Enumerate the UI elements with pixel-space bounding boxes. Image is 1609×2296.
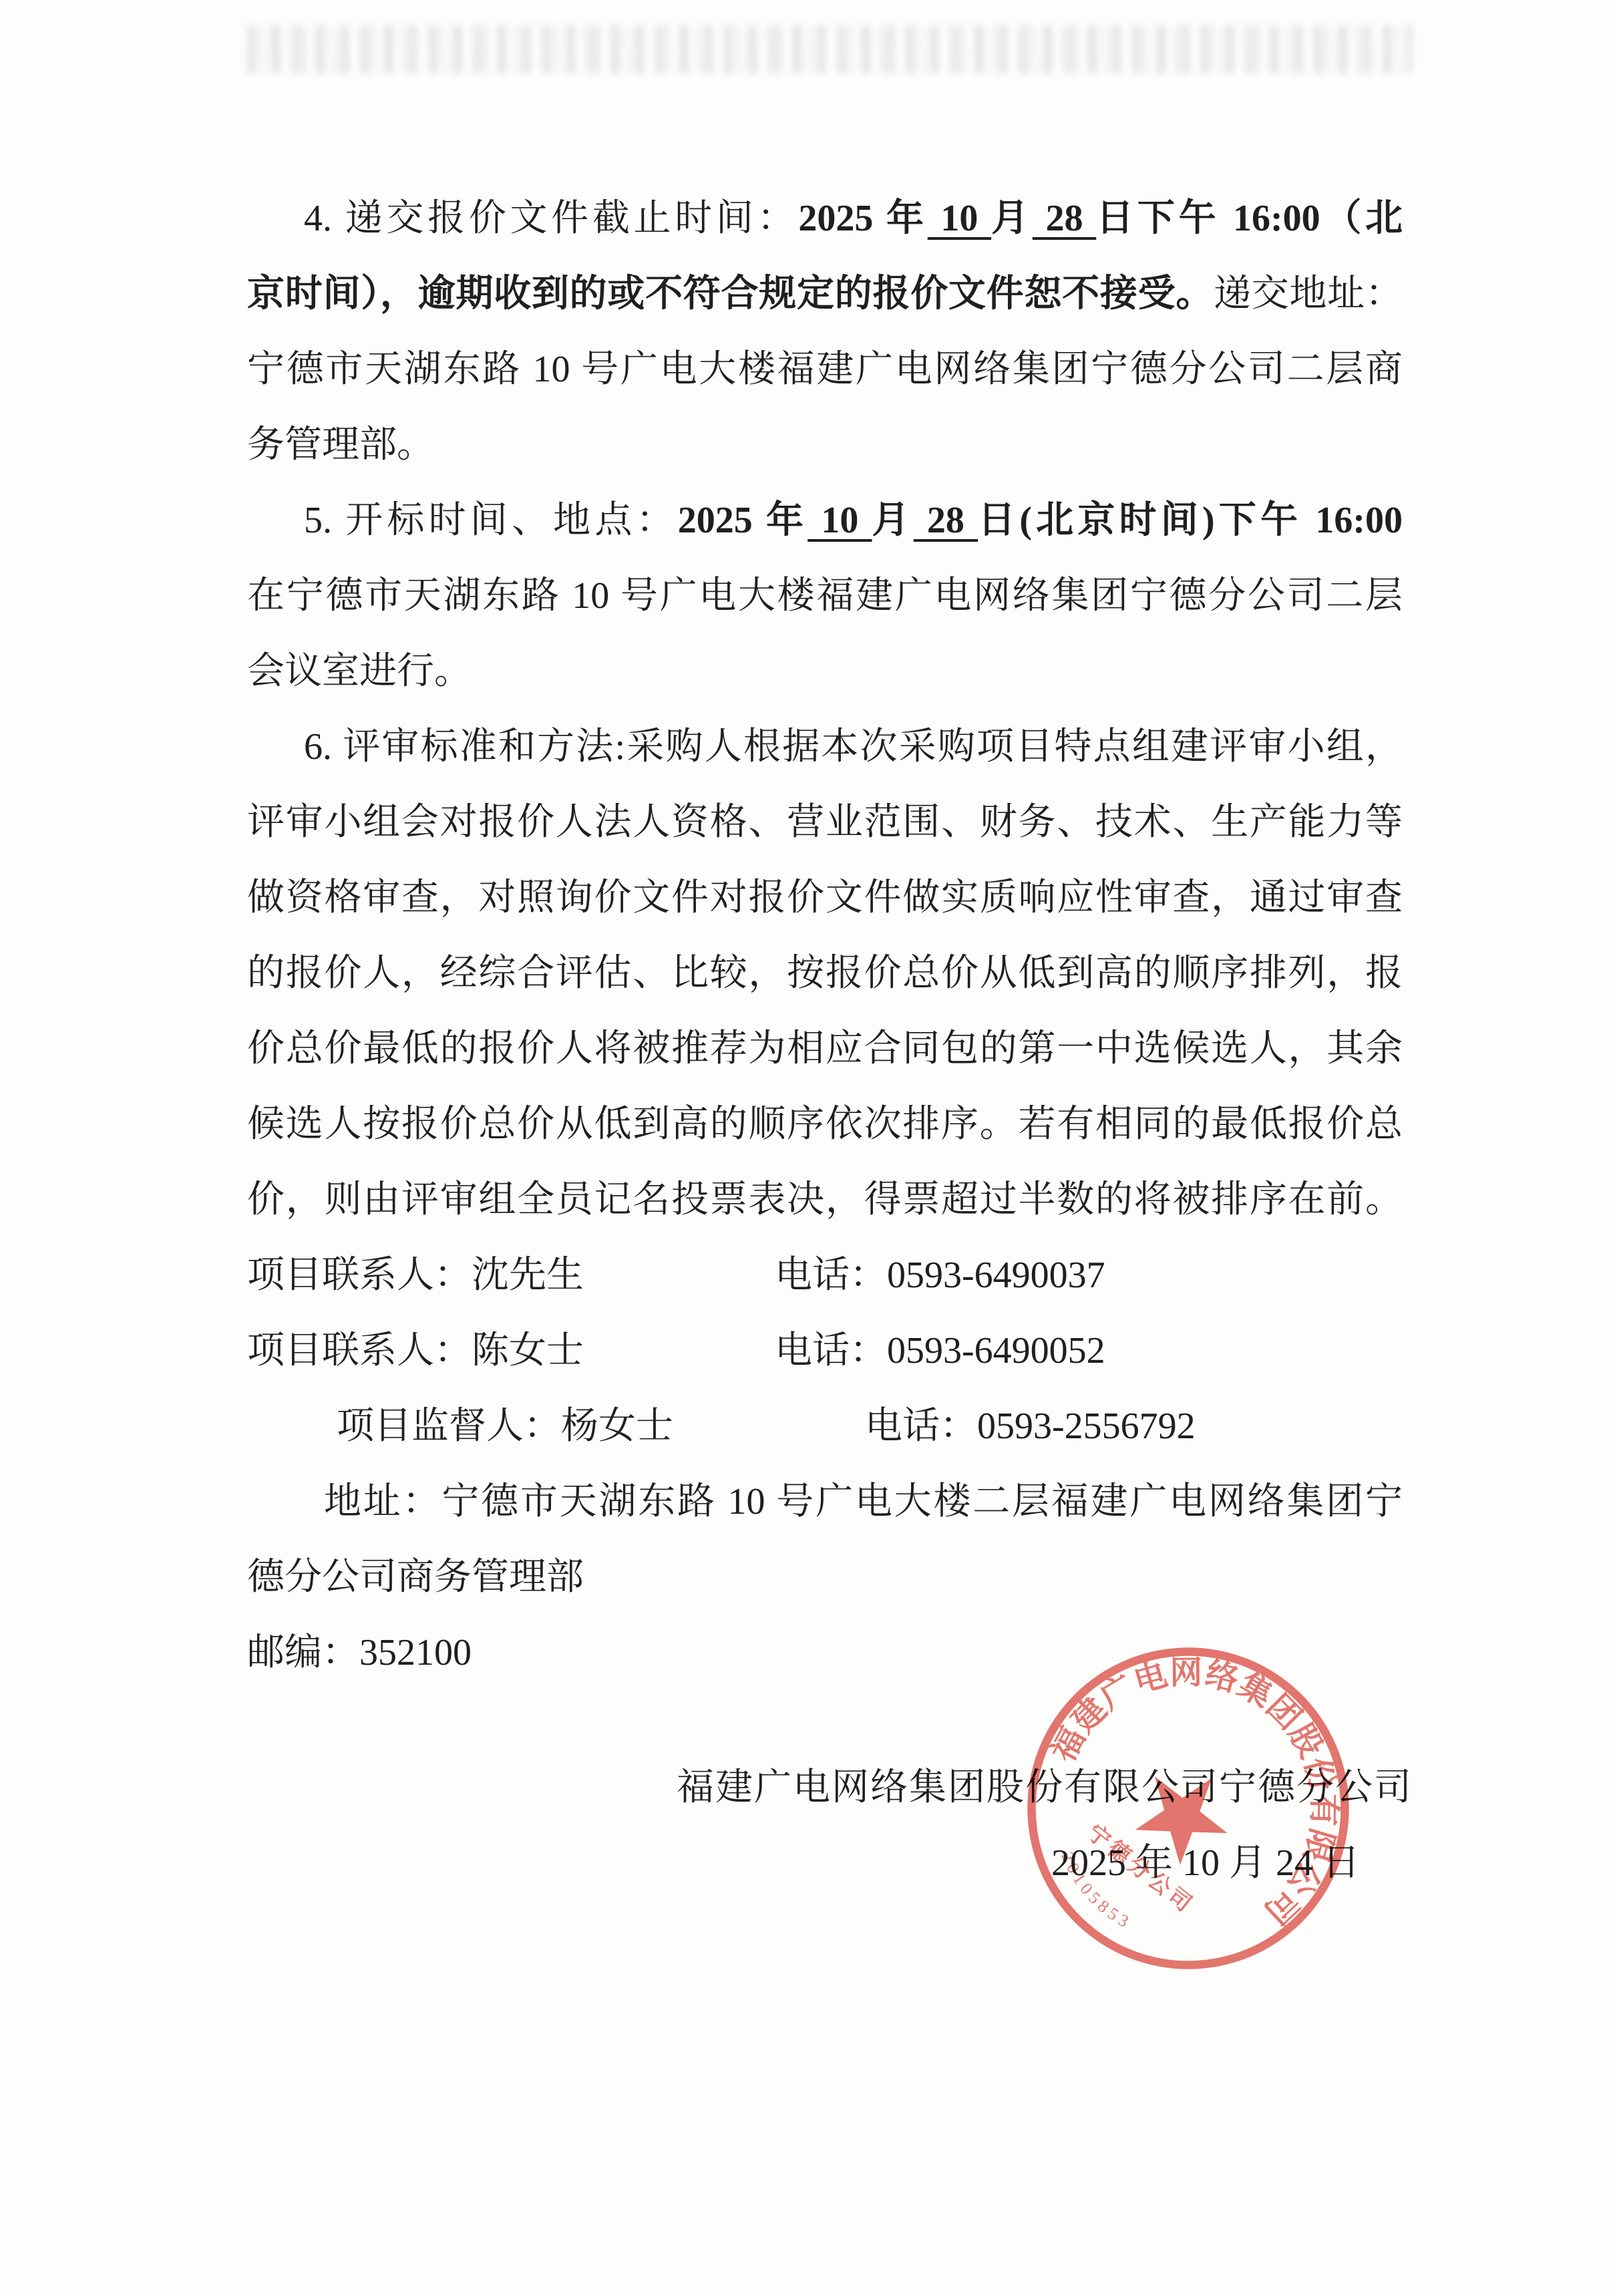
paragraph-6-line-5: 价总价最低的报价人将被推荐为相应合同包的第一中选候选人，其余 — [247, 1011, 1403, 1087]
paragraph-6-line-6: 候选人按报价总价从低到高的顺序依次排序。若有相同的最低报价总 — [247, 1087, 1403, 1162]
paragraph-4-line-3: 宁德市天湖东路 10 号广电大楼福建广电网络集团宁德分公司二层商 — [247, 332, 1403, 407]
scan-bleed-through-smudge — [247, 25, 1413, 73]
opening-day-underlined: 28 — [914, 500, 978, 541]
contact-1-phone: 电话：0593-6490037 — [775, 1238, 1105, 1313]
opening-month-underlined: 10 — [808, 500, 872, 541]
opening-year: 2025 年 — [678, 500, 808, 541]
supervisor-phone: 电话：0593-2556792 — [865, 1389, 1196, 1464]
address-line-1: 地址：宁德市天湖东路 10 号广电大楼二层福建广电网络集团宁 — [247, 1464, 1403, 1540]
p5-prefix: 5. 开标时间、地点： — [304, 500, 678, 541]
contact-row-2: 项目联系人：陈女士电话：0593-6490052 — [247, 1313, 1403, 1389]
paragraph-6-line-2: 评审小组会对报价人法人资格、营业范围、财务、技术、生产能力等 — [247, 785, 1403, 860]
paragraph-4-line-4: 务管理部。 — [247, 407, 1403, 483]
contact-1-label: 项目联系人：沈先生 — [247, 1255, 584, 1296]
paragraph-5-line-2: 在宁德市天湖东路 10 号广电大楼福建广电网络集团宁德分公司二层 — [247, 558, 1403, 634]
contact-2-phone: 电话：0593-6490052 — [775, 1313, 1105, 1389]
contact-row-1: 项目联系人：沈先生电话：0593-6490037 — [247, 1238, 1403, 1313]
official-seal: 福建广电网络集团股份有限公司 宁德分公司 20105853 — [1022, 1642, 1355, 1975]
paragraph-6-line-1: 6. 评审标准和方法:采购人根据本次采购项目特点组建评审小组， — [247, 709, 1403, 785]
deadline-day-underlined: 28 — [1033, 198, 1096, 239]
deadline-time: 日下午 16:00（北 — [1096, 198, 1403, 239]
paragraph-4-line-2: 京时间），逾期收到的或不符合规定的报价文件恕不接受。递交地址： — [247, 257, 1403, 332]
paragraph-5-line-3: 会议室进行。 — [247, 634, 1403, 709]
scanned-document-page: 4. 递交报价文件截止时间：2025 年 10 月 28 日下午 16:00（北… — [0, 0, 1609, 2296]
opening-time: 日(北京时间)下午 16:00 — [978, 500, 1403, 541]
late-bids-warning-bold: 京时间），逾期收到的或不符合规定的报价文件恕不接受。 — [247, 273, 1214, 315]
submission-address-label: 递交地址： — [1214, 273, 1403, 315]
month-char-2: 月 — [872, 500, 914, 541]
contact-2-label: 项目联系人：陈女士 — [247, 1330, 584, 1371]
address-line-2: 德分公司商务管理部 — [247, 1540, 1403, 1615]
paragraph-6-line-4: 的报价人，经综合评估、比较，按报价总价从低到高的顺序排列，报 — [247, 936, 1403, 1011]
p4-prefix: 4. 递交报价文件截止时间： — [304, 198, 798, 239]
month-char: 月 — [991, 198, 1033, 239]
deadline-year: 2025 年 — [798, 198, 927, 239]
deadline-month-underlined: 10 — [928, 198, 991, 239]
paragraph-6-line-7: 价，则由评审组全员记名投票表决，得票超过半数的将被排序在前。 — [247, 1162, 1403, 1238]
supervisor-label: 项目监督人：杨女士 — [337, 1406, 673, 1447]
paragraph-6-line-3: 做资格审查，对照询价文件对报价文件做实质响应性审查，通过审查 — [247, 860, 1403, 936]
paragraph-4-line-1: 4. 递交报价文件截止时间：2025 年 10 月 28 日下午 16:00（北 — [247, 181, 1403, 257]
paragraph-5-line-1: 5. 开标时间、地点：2025 年 10 月 28 日(北京时间)下午 16:0… — [247, 483, 1403, 558]
supervisor-row: 项目监督人：杨女士电话：0593-2556792 — [247, 1389, 1403, 1464]
